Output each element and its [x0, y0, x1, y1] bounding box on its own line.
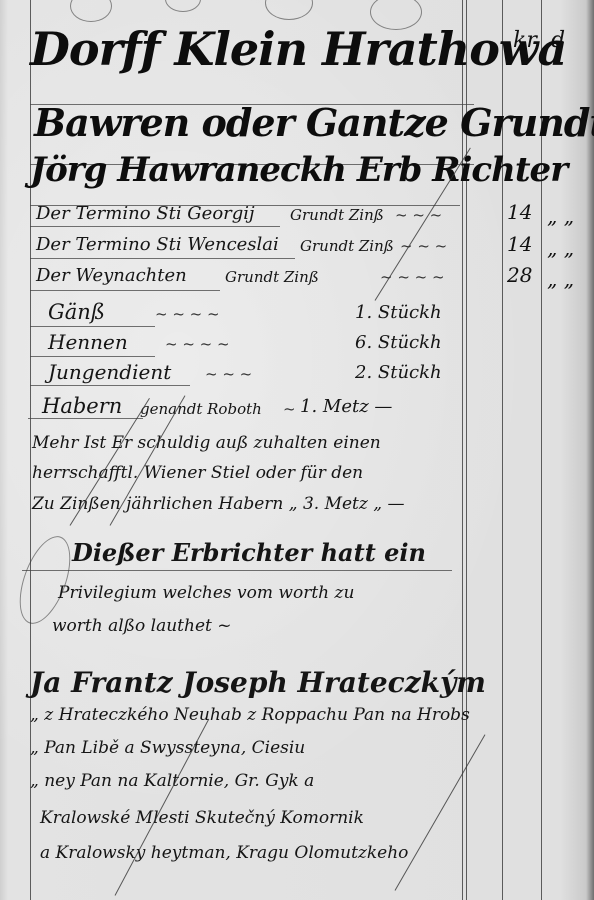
paragraph-line: Privilegium welches vom worth zu — [58, 583, 354, 603]
paragraph-line: worth alßo lauthet ~ — [52, 616, 232, 636]
flourish-ornament — [165, 0, 201, 12]
paragraph-line: „ z Hrateczkého Neuhab z Roppachu Pan na… — [30, 705, 470, 725]
entry-label: Habern — [42, 394, 122, 418]
paragraph-line: herrschafftl. Wiener Stiel oder für den — [32, 463, 363, 483]
entry-quantity: 1. Stückh — [355, 302, 442, 323]
entry-quantity: 1. Metz — — [300, 396, 392, 417]
entry-leader: ~ ~ ~ ~ — [165, 335, 230, 353]
paragraph-line: a Kralowsky heytman, Kragu Olomutzkeho — [40, 843, 408, 863]
left-margin-rule — [30, 0, 31, 900]
entry-underline — [30, 326, 155, 327]
entry-underline — [30, 290, 220, 291]
pen-stroke — [395, 734, 486, 890]
entry-leader: ~ ~ ~ — [395, 206, 442, 224]
entry-quantity: 2. Stückh — [355, 362, 442, 383]
entry-leader: ~ — [283, 400, 296, 418]
entry-item: Grundt Zinß — [300, 237, 394, 255]
entry-underline — [30, 258, 295, 259]
entry-label: Der Termino Sti Wenceslai — [36, 234, 279, 255]
entry-trailing: „ „ — [547, 267, 574, 291]
entry-trailing: „ „ — [547, 236, 574, 260]
paragraph-line: Kralowské Mlesti Skutečný Komornik — [40, 808, 364, 828]
entry-leader: ~ ~ ~ — [205, 365, 252, 383]
paragraph-line: Mehr Ist Er schuldig auß zuhalten einen — [32, 433, 381, 453]
entry-underline — [30, 385, 190, 386]
entry-amount: 14 — [507, 232, 532, 256]
charter-heading: Ja Frantz Joseph Hrateczkým — [30, 666, 486, 699]
flourish-ornament — [265, 0, 313, 20]
entry-underline — [28, 418, 143, 419]
flourish-ornament — [70, 0, 112, 22]
category-heading: Bawren oder Gantze Grundt — [34, 100, 594, 145]
entry-label: Hennen — [48, 330, 128, 354]
entry-label: Jungendient — [48, 360, 171, 384]
entry-trailing: „ „ — [547, 204, 574, 228]
holder-heading: Jörg Hawraneckh Erb Richter — [30, 150, 567, 190]
entry-amount: 28 — [507, 263, 532, 287]
entry-label: Der Termino Sti Georgij — [36, 203, 255, 224]
heading-underline — [22, 570, 452, 571]
entry-amount: 14 — [507, 200, 532, 224]
entry-underline — [30, 356, 155, 357]
entry-quantity: 6. Stückh — [355, 332, 442, 353]
entry-label: Gänß — [48, 300, 105, 324]
entry-label: Der Weynachten — [36, 265, 187, 286]
entry-leader: ~ ~ ~ ~ — [155, 305, 220, 323]
document-page: kr d Dorff Klein Hrathowa Bawren oder Ga… — [0, 0, 594, 900]
privilege-heading: Dießer Erbrichter hatt ein — [72, 538, 426, 567]
entry-detail: genandt Roboth — [140, 400, 262, 418]
village-heading: Dorff Klein Hrathowa — [30, 22, 566, 76]
entry-item: Grundt Zinß — [290, 206, 384, 224]
paragraph-line: „ Pan Libě a Swyssteyna, Ciesiu — [30, 738, 305, 758]
entry-item: Grundt Zinß — [225, 268, 319, 286]
entry-underline — [30, 226, 280, 227]
